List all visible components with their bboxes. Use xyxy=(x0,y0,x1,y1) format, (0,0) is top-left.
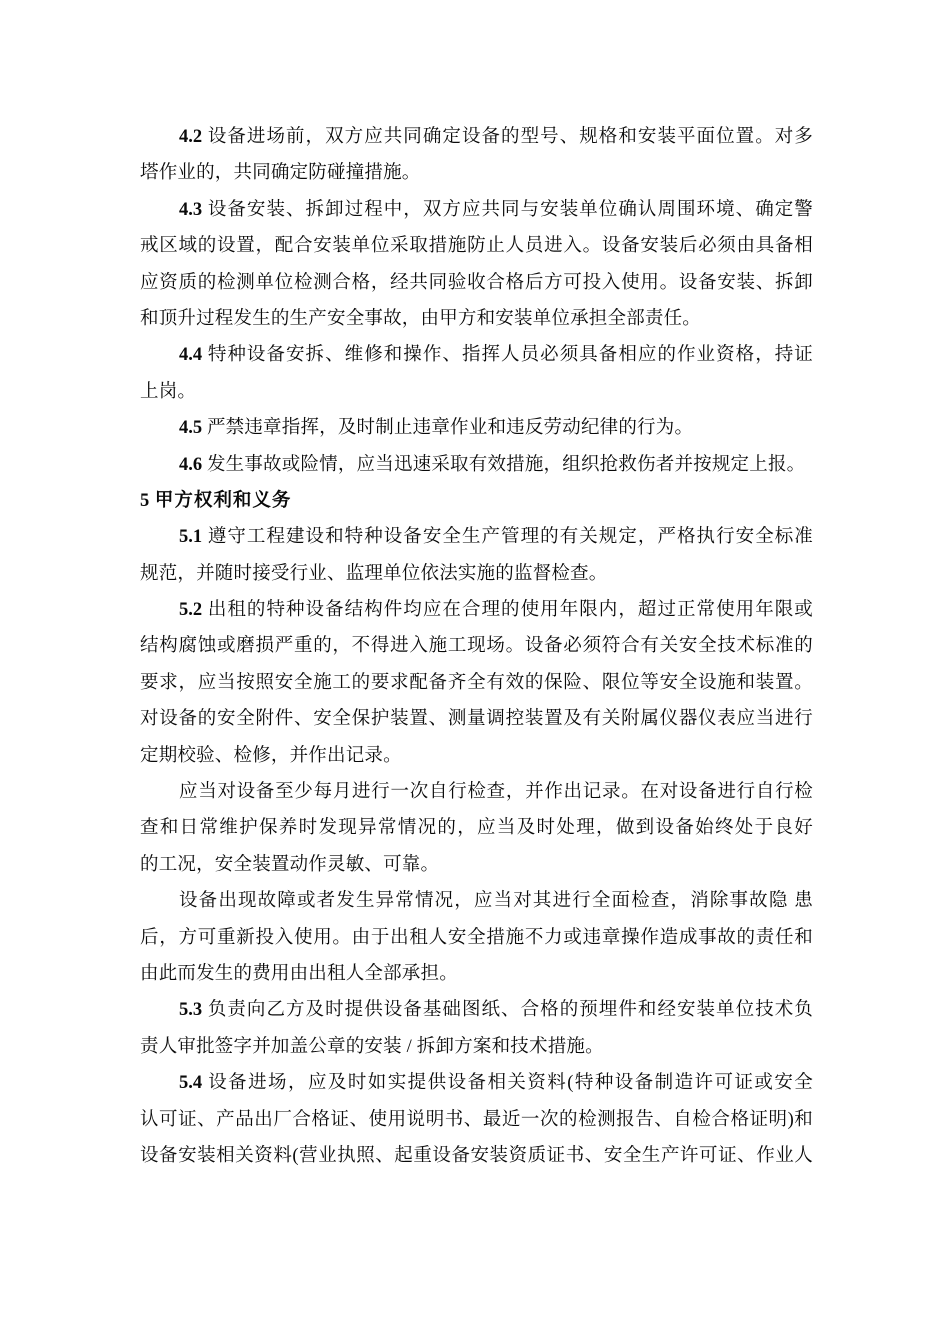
line-text: 应当对设备至少每月进行一次自行检查，并作出记录。在对设备进行自行检 xyxy=(179,782,813,802)
contract-text-line: 认可证、产品出厂合格证、使用说明书、最近一次的检测报告、自检合格证明)和 xyxy=(140,1102,813,1138)
document-page: 4.2 设备进场前，双方应共同确定设备的型号、规格和安装平面位置。对多塔作业的，… xyxy=(0,0,950,1344)
line-text: 设备进场前，双方应共同确定设备的型号、规格和安装平面位置。对多 xyxy=(208,127,813,147)
clause-number: 4.4 xyxy=(179,345,202,365)
contract-text-line: 应当对设备至少每月进行一次自行检查，并作出记录。在对设备进行自行检 xyxy=(140,774,813,810)
contract-text-line: 4.4 特种设备安拆、维修和操作、指挥人员必须具备相应的作业资格，持证 xyxy=(140,337,813,373)
line-text: 定期校验、检修，并作出记录。 xyxy=(140,746,402,766)
line-text: 设备出现故障或者发生异常情况，应当对其进行全面检查，消除事故隐 患 xyxy=(179,891,813,911)
contract-text-line: 4.6 发生事故或险情，应当迅速采取有效措施，组织抢救伤者并按规定上报。 xyxy=(140,447,813,483)
line-text: 要求，应当按照安全施工的要求配备齐全有效的保险、限位等安全设施和装置。 xyxy=(140,673,813,693)
line-text: 结构腐蚀或磨损严重的，不得进入施工现场。设备必须符合有关安全技术标准的 xyxy=(140,636,813,656)
contract-text-line: 要求，应当按照安全施工的要求配备齐全有效的保险、限位等安全设施和装置。 xyxy=(140,665,813,701)
line-text: 塔作业的，共同确定防碰撞措施。 xyxy=(140,163,421,183)
contract-text-line: 查和日常维护保养时发现异常情况的，应当及时处理，做到设备始终处于良好 xyxy=(140,810,813,846)
contract-text-line: 由此而发生的费用由出租人全部承担。 xyxy=(140,956,813,992)
contract-text-line: 结构腐蚀或磨损严重的，不得进入施工现场。设备必须符合有关安全技术标准的 xyxy=(140,628,813,664)
line-text: 发生事故或险情，应当迅速采取有效措施，组织抢救伤者并按规定上报。 xyxy=(207,455,805,475)
contract-text-line: 5.2 出租的特种设备结构件均应在合理的使用年限内，超过正常使用年限或 xyxy=(140,592,813,628)
contract-text-line: 的工况，安全装置动作灵敏、可靠。 xyxy=(140,847,813,883)
clause-number: 4.5 xyxy=(179,418,202,438)
contract-text-line: 和顶升过程发生的生产安全事故，由甲方和安装单位承担全部责任。 xyxy=(140,301,813,337)
contract-text-line: 塔作业的，共同确定防碰撞措施。 xyxy=(140,155,813,191)
contract-text-line: 设备安装相关资料(营业执照、起重设备安装资质证书、安全生产许可证、作业人 xyxy=(140,1138,813,1174)
line-text: 认可证、产品出厂合格证、使用说明书、最近一次的检测报告、自检合格证明)和 xyxy=(140,1110,813,1130)
clause-number: 5.2 xyxy=(179,600,202,620)
contract-text-line: 对设备的安全附件、安全保护装置、测量调控装置及有关附属仪器仪表应当进行 xyxy=(140,701,813,737)
line-text: 应资质的检测单位检测合格，经共同验收合格后方可投入使用。设备安装、拆卸 xyxy=(140,273,813,293)
section-heading: 5 甲方权利和义务 xyxy=(140,483,813,519)
line-text: 遵守工程建设和特种设备安全生产管理的有关规定，严格执行安全标准 xyxy=(208,527,813,547)
contract-text-line: 4.5 严禁违章指挥，及时制止违章作业和违反劳动纪律的行为。 xyxy=(140,410,813,446)
contract-text-line: 4.2 设备进场前，双方应共同确定设备的型号、规格和安装平面位置。对多 xyxy=(140,119,813,155)
line-text: 特种设备安拆、维修和操作、指挥人员必须具备相应的作业资格，持证 xyxy=(208,345,813,365)
line-text: 负责向乙方及时提供设备基础图纸、合格的预埋件和经安装单位技术负 xyxy=(208,1000,813,1020)
line-text: 戒区域的设置，配合安装单位采取措施防止人员进入。设备安装后必须由具备相 xyxy=(140,236,813,256)
contract-text-line: 规范，并随时接受行业、监理单位依法实施的监督检查。 xyxy=(140,556,813,592)
line-text: 甲方权利和义务 xyxy=(155,491,292,511)
contract-text-line: 5.4 设备进场，应及时如实提供设备相关资料(特种设备制造许可证或安全 xyxy=(140,1065,813,1101)
line-text: 规范，并随时接受行业、监理单位依法实施的监督检查。 xyxy=(140,564,608,584)
contract-text-line: 5.3 负责向乙方及时提供设备基础图纸、合格的预埋件和经安装单位技术负 xyxy=(140,992,813,1028)
line-text: 设备安装、拆卸过程中，双方应共同与安装单位确认周围环境、确定警 xyxy=(208,200,813,220)
contract-text-line: 责人审批签字并加盖公章的安装 / 拆卸方案和技术措施。 xyxy=(140,1029,813,1065)
line-text: 严禁违章指挥，及时制止违章作业和违反劳动纪律的行为。 xyxy=(207,418,693,438)
contract-text-block: 4.2 设备进场前，双方应共同确定设备的型号、规格和安装平面位置。对多塔作业的，… xyxy=(140,119,813,1174)
contract-text-line: 5.1 遵守工程建设和特种设备安全生产管理的有关规定，严格执行安全标准 xyxy=(140,519,813,555)
clause-number: 5.4 xyxy=(179,1073,202,1093)
line-text: 后，方可重新投入使用。由于出租人安全措施不力或违章操作造成事故的责任和 xyxy=(140,928,813,948)
contract-text-line: 后，方可重新投入使用。由于出租人安全措施不力或违章操作造成事故的责任和 xyxy=(140,920,813,956)
line-text: 上岗。 xyxy=(140,382,196,402)
clause-number: 5.3 xyxy=(179,1000,202,1020)
line-text: 和顶升过程发生的生产安全事故，由甲方和安装单位承担全部责任。 xyxy=(140,309,701,329)
line-text: 设备进场，应及时如实提供设备相关资料(特种设备制造许可证或安全 xyxy=(208,1073,813,1093)
contract-text-line: 上岗。 xyxy=(140,374,813,410)
contract-text-line: 戒区域的设置，配合安装单位采取措施防止人员进入。设备安装后必须由具备相 xyxy=(140,228,813,264)
line-text: 查和日常维护保养时发现异常情况的，应当及时处理，做到设备始终处于良好 xyxy=(140,818,813,838)
line-text: 的工况，安全装置动作灵敏、可靠。 xyxy=(140,855,439,875)
contract-text-line: 应资质的检测单位检测合格，经共同验收合格后方可投入使用。设备安装、拆卸 xyxy=(140,265,813,301)
clause-number: 5.1 xyxy=(179,527,202,547)
contract-text-line: 4.3 设备安装、拆卸过程中，双方应共同与安装单位确认周围环境、确定警 xyxy=(140,192,813,228)
clause-number: 4.6 xyxy=(179,455,202,475)
line-text: 设备安装相关资料(营业执照、起重设备安装资质证书、安全生产许可证、作业人 xyxy=(140,1146,813,1166)
contract-text-line: 定期校验、检修，并作出记录。 xyxy=(140,738,813,774)
line-text: 由此而发生的费用由出租人全部承担。 xyxy=(140,964,458,984)
line-text: 责人审批签字并加盖公章的安装 / 拆卸方案和技术措施。 xyxy=(140,1037,604,1057)
line-text: 对设备的安全附件、安全保护装置、测量调控装置及有关附属仪器仪表应当进行 xyxy=(140,709,813,729)
contract-text-line: 设备出现故障或者发生异常情况，应当对其进行全面检查，消除事故隐 患 xyxy=(140,883,813,919)
clause-number: 4.3 xyxy=(179,200,202,220)
clause-number: 4.2 xyxy=(179,127,202,147)
clause-number: 5 xyxy=(140,491,149,511)
line-text: 出租的特种设备结构件均应在合理的使用年限内，超过正常使用年限或 xyxy=(208,600,813,620)
